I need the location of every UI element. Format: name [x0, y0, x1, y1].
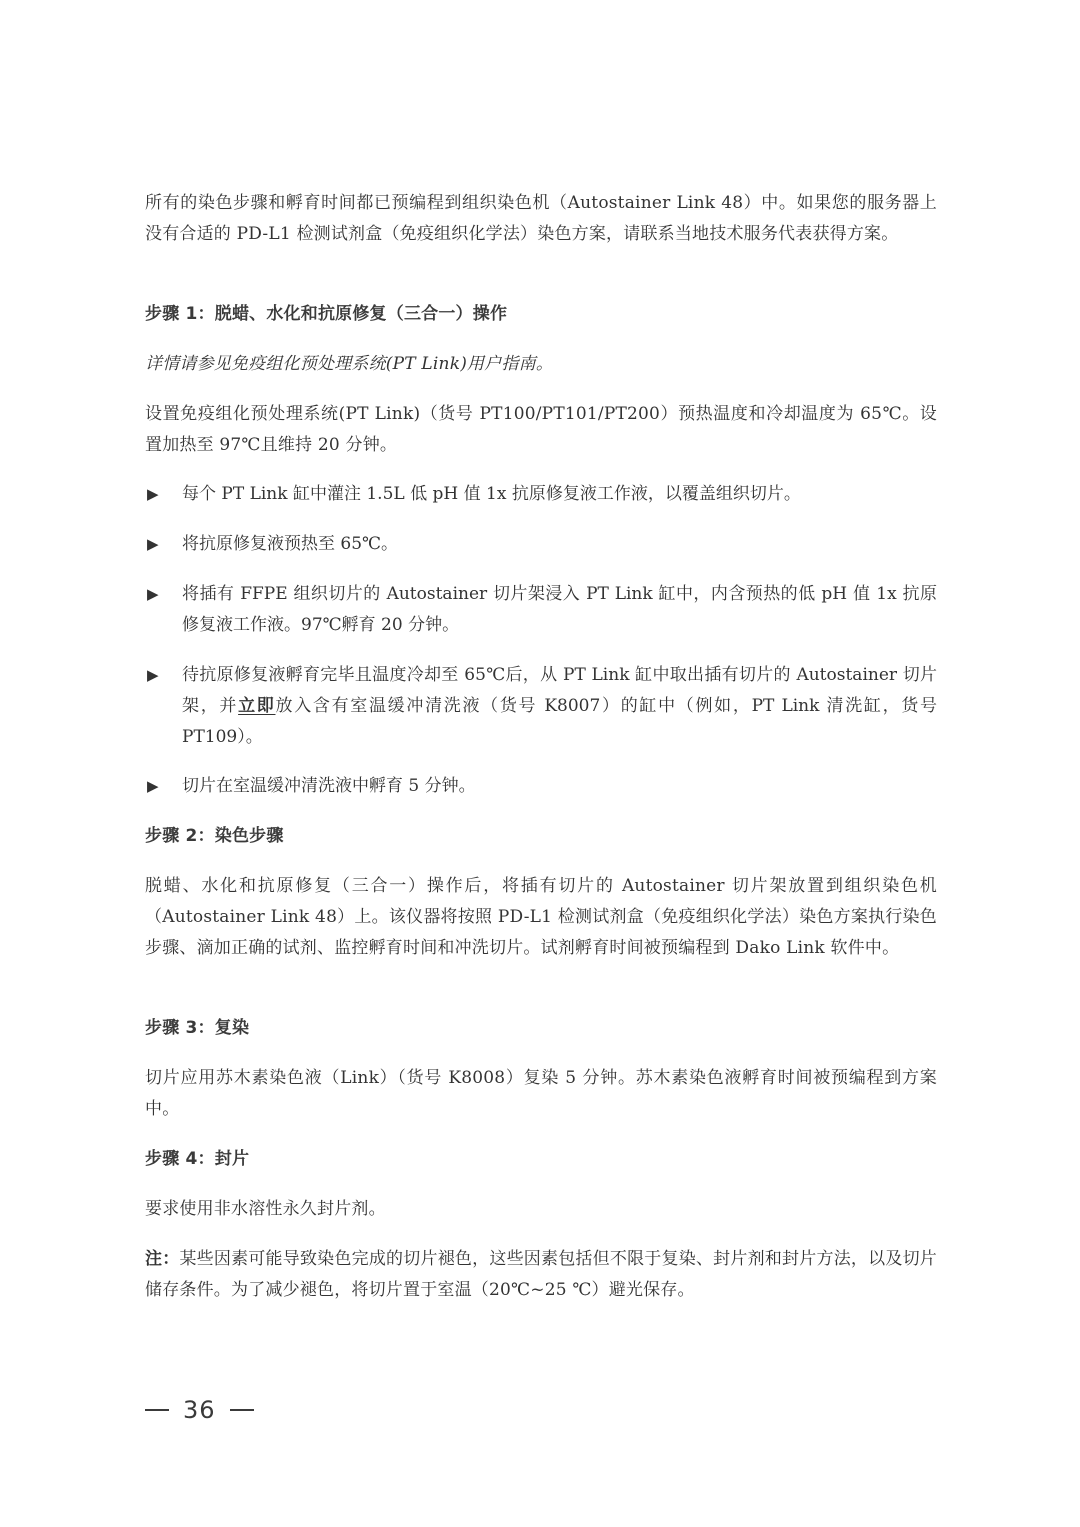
step1-bullet-5: ▶ 切片在室温缓冲清洗液中孵育 5 分钟。 — [145, 771, 937, 802]
step1-heading: 步骤 1：脱蜡、水化和抗原修复（三合一）操作 — [145, 299, 937, 330]
step1-bullet-3: ▶ 将插有 FFPE 组织切片的 Autostainer 切片架浸入 PT Li… — [145, 579, 937, 641]
step1-bullet-2: ▶ 将抗原修复液预热至 65℃。 — [145, 529, 937, 560]
dash-left — [145, 1409, 169, 1411]
page-number: 36 — [145, 1396, 254, 1424]
bullet-text: 将抗原修复液预热至 65℃。 — [182, 529, 937, 560]
bullet-text-after: 放入含有室温缓冲清洗液（货号 K8007）的缸中（例如，PT Link 清洗缸，… — [182, 696, 937, 747]
bullet-text: 切片在室温缓冲清洗液中孵育 5 分钟。 — [182, 771, 937, 802]
step1-bullet-4: ▶ 待抗原修复液孵育完毕且温度冷却至 65℃后，从 PT Link 缸中取出插有… — [145, 660, 937, 753]
step4-paragraph: 要求使用非水溶性永久封片剂。 — [145, 1194, 937, 1225]
intro-paragraph: 所有的染色步骤和孵育时间都已预编程到组织染色机（Autostainer Link… — [145, 188, 937, 250]
step3-heading: 步骤 3：复染 — [145, 1013, 937, 1044]
step1-reference-note: 详情请参见免疫组化预处理系统(PT Link)用户指南。 — [145, 349, 937, 380]
note-label: 注： — [145, 1249, 179, 1269]
step3-paragraph: 切片应用苏木素染色液（Link）（货号 K8008）复染 5 分钟。苏木素染色液… — [145, 1063, 937, 1125]
triangle-bullet-icon: ▶ — [147, 579, 159, 610]
triangle-bullet-icon: ▶ — [147, 771, 159, 802]
triangle-bullet-icon: ▶ — [147, 529, 159, 560]
step1-setup-paragraph: 设置免疫组化预处理系统(PT Link)（货号 PT100/PT101/PT20… — [145, 399, 937, 461]
page-number-value: 36 — [183, 1396, 216, 1424]
dash-right — [230, 1409, 254, 1411]
note-body: 某些因素可能导致染色完成的切片褪色，这些因素包括但不限于复染、封片剂和封片方法，… — [145, 1249, 937, 1300]
emphasis-immediately: 立即 — [238, 696, 275, 716]
bullet-text: 将插有 FFPE 组织切片的 Autostainer 切片架浸入 PT Link… — [182, 579, 937, 641]
triangle-bullet-icon: ▶ — [147, 479, 159, 510]
step4-heading: 步骤 4：封片 — [145, 1144, 937, 1175]
bullet-text: 待抗原修复液孵育完毕且温度冷却至 65℃后，从 PT Link 缸中取出插有切片… — [182, 660, 937, 753]
step1-bullet-1: ▶ 每个 PT Link 缸中灌注 1.5L 低 pH 值 1x 抗原修复液工作… — [145, 479, 937, 510]
step2-heading: 步骤 2：染色步骤 — [145, 821, 937, 852]
step2-paragraph: 脱蜡、水化和抗原修复（三合一）操作后，将插有切片的 Autostainer 切片… — [145, 871, 937, 964]
bullet-text: 每个 PT Link 缸中灌注 1.5L 低 pH 值 1x 抗原修复液工作液，… — [182, 479, 937, 510]
note-paragraph: 注：某些因素可能导致染色完成的切片褪色，这些因素包括但不限于复染、封片剂和封片方… — [145, 1244, 937, 1306]
triangle-bullet-icon: ▶ — [147, 660, 159, 691]
